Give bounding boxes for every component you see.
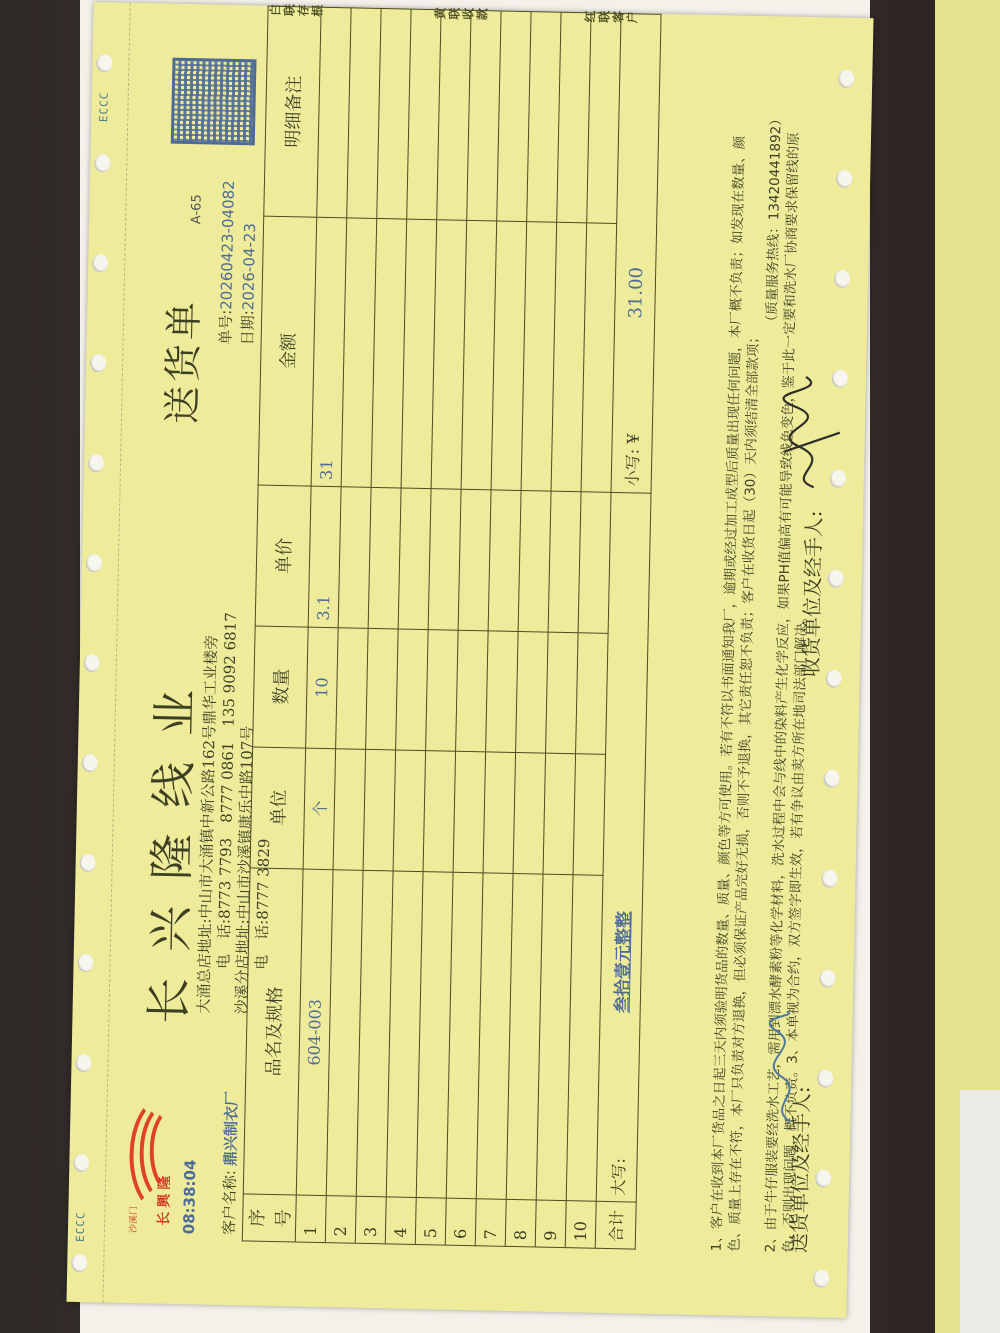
sender-signature-scribble bbox=[760, 1006, 813, 1127]
header-no: 序号 bbox=[242, 1194, 296, 1242]
copy-label-red: 红联客户 bbox=[583, 4, 639, 23]
header-price: 单价 bbox=[255, 485, 311, 627]
logo-brand-text: 长興隆 bbox=[153, 1171, 174, 1225]
header-note: 明细备注 bbox=[264, 6, 321, 217]
row-no: 5 bbox=[415, 1198, 446, 1245]
document-number: 单号:20260423-04082 bbox=[215, 180, 239, 345]
receiver-signature-label: 收货单位及经手人: bbox=[795, 510, 827, 677]
punch-hole bbox=[836, 170, 852, 188]
punch-hole bbox=[817, 1069, 833, 1087]
punch-hole bbox=[90, 354, 106, 372]
edge-code: ECCC bbox=[97, 92, 111, 123]
punch-hole bbox=[73, 1154, 89, 1172]
logo-small-text: 沙溪门 bbox=[126, 1206, 140, 1233]
punch-hole bbox=[838, 70, 854, 88]
row-note bbox=[317, 7, 351, 218]
punch-hole bbox=[813, 1269, 829, 1287]
punch-hole bbox=[88, 454, 104, 472]
delivery-note: ECCC ECCC 沙溪门 长興隆 08:38:04 长兴隆线业 送货单 大涌总… bbox=[66, 2, 873, 1318]
row-no: 9 bbox=[535, 1200, 566, 1247]
row-no: 1 bbox=[295, 1195, 326, 1242]
punch-hole bbox=[834, 270, 850, 288]
row-no: 2 bbox=[325, 1196, 356, 1243]
row-no: 7 bbox=[475, 1199, 506, 1246]
punch-hole bbox=[94, 154, 110, 172]
header-amount: 金额 bbox=[258, 216, 317, 486]
document-type-title: 送货单 bbox=[151, 297, 209, 424]
items-table: 序号 品名及规格 单位 数量 单价 金额 明细备注 1 604-003 个 10… bbox=[242, 6, 662, 1250]
print-time: 08:38:04 bbox=[180, 1159, 200, 1234]
row-price: 3.1 bbox=[308, 486, 341, 627]
form-code: A-65 bbox=[189, 194, 205, 224]
punch-hole bbox=[82, 754, 98, 772]
punch-hole bbox=[819, 969, 835, 987]
row-no: 6 bbox=[445, 1198, 476, 1245]
header-name: 品名及规格 bbox=[243, 868, 303, 1196]
row-no: 8 bbox=[505, 1200, 536, 1247]
punch-hole bbox=[815, 1169, 831, 1187]
punch-hole bbox=[821, 869, 837, 887]
punch-hole bbox=[96, 54, 112, 72]
total-small-value: 31.00 bbox=[625, 267, 647, 319]
document-date: 日期:2026-04-23 bbox=[237, 223, 261, 346]
adjacent-white-paper bbox=[960, 1090, 1000, 1333]
row-no: 4 bbox=[385, 1197, 416, 1244]
row-unit: 个 bbox=[303, 748, 336, 870]
punch-hole bbox=[828, 569, 844, 587]
row-no: 10 bbox=[565, 1201, 596, 1248]
header-unit: 单位 bbox=[250, 747, 306, 869]
punch-hole bbox=[830, 469, 846, 487]
punch-hole bbox=[826, 669, 842, 687]
copy-label-white: 白联存根 bbox=[268, 0, 324, 17]
punch-hole bbox=[832, 370, 848, 388]
punch-hole bbox=[823, 769, 839, 787]
row-no: 3 bbox=[355, 1197, 386, 1244]
edge-code: ECCC bbox=[74, 1211, 88, 1242]
punch-hole bbox=[86, 554, 102, 572]
punch-hole bbox=[84, 654, 100, 672]
header-qty: 数量 bbox=[253, 626, 309, 748]
customer-name-field: 客户名称:鼎兴制衣厂 bbox=[218, 1091, 242, 1235]
total-capital-value: 叁拾壹元整整 bbox=[613, 911, 635, 1013]
punch-hole bbox=[79, 854, 95, 872]
qr-code bbox=[171, 58, 257, 146]
punch-hole bbox=[71, 1254, 87, 1272]
copy-label-yellow: 黄联收款 bbox=[433, 1, 489, 20]
total-label: 合计 bbox=[595, 1202, 636, 1250]
row-qty: 10 bbox=[306, 627, 339, 749]
punch-hole bbox=[92, 254, 108, 272]
punch-hole bbox=[75, 1054, 91, 1072]
punch-hole bbox=[77, 954, 93, 972]
